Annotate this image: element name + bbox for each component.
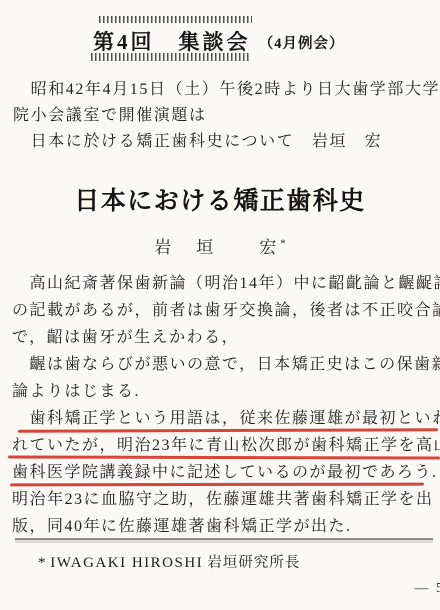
body-line: 版，同40年に佐藤運雄著歯科矯正学が出た. <box>12 513 434 540</box>
meeting-subtitle: （4月例会） <box>259 36 345 52</box>
meeting-intro: 昭和42年4月15日（土）午後2時より日大歯学部大学 院小会議室で開催演題は 日… <box>13 77 432 155</box>
intro-line: 日本に於ける矯正歯科史について 岩垣 宏 <box>13 129 432 155</box>
footnote-mark: * <box>38 555 46 571</box>
scanned-page: 第4回 集談会 （4月例会） 昭和42年4月15日（土）午後2時より日大歯学部大… <box>0 0 440 610</box>
body-line: 歯科矯正学という用語は，従来佐藤運雄が最初といわ <box>12 405 434 432</box>
body-line: 高山紀斎著保歯新論（明治14年）中に齠齔論と齷齪論 <box>12 270 434 297</box>
intro-line: 昭和42年4月15日（土）午後2時より日大歯学部大学 <box>13 77 432 103</box>
article-body: 高山紀斎著保歯新論（明治14年）中に齠齔論と齷齪論 の記載があるが，前者は歯牙交… <box>12 270 434 540</box>
author-footnote-mark: * <box>280 237 286 249</box>
footnote: * IWAGAKI HIROSHI 岩垣研究所長 <box>38 551 300 572</box>
body-line: 論よりはじまる. <box>12 378 434 405</box>
body-line: 明治年23に血脇守之助，佐藤運雄共著歯科矯正学を出 <box>12 486 434 513</box>
article-title: 日本における矯正歯科史 <box>0 181 440 217</box>
decorative-hatch-band-top <box>99 16 252 23</box>
page-number: — 5 <box>415 581 440 597</box>
author-name: 岩 垣 宏 <box>154 238 280 257</box>
decorative-hatch-band-bottom <box>91 53 251 61</box>
meeting-title: 第4回 集談会 <box>93 30 251 54</box>
body-line: 歯科医学院講義録中に記述しているのが最初であろう. <box>12 459 434 486</box>
article-author: 岩 垣 宏* <box>0 233 440 258</box>
body-line: れていたが，明治23年に青山松次郎が歯科矯正学を高山 <box>12 432 434 459</box>
meeting-header: 第4回 集談会 （4月例会） <box>93 26 345 56</box>
intro-line: 院小会議室で開催演題は <box>13 103 432 129</box>
body-line: の記載があるが，前者は歯牙交換論，後者は不正咬合論 <box>12 297 434 324</box>
body-line: 齷は歯ならびが悪いの意で，日本矯正史はこの保歯新 <box>12 351 434 378</box>
footnote-rule <box>15 538 433 543</box>
footnote-author-latin: IWAGAKI HIROSHI <box>50 555 203 571</box>
footnote-author-title: 岩垣研究所長 <box>207 555 300 571</box>
body-line: で，齠は歯牙が生えかわる， <box>12 324 434 351</box>
red-underline-annotation <box>10 482 424 485</box>
